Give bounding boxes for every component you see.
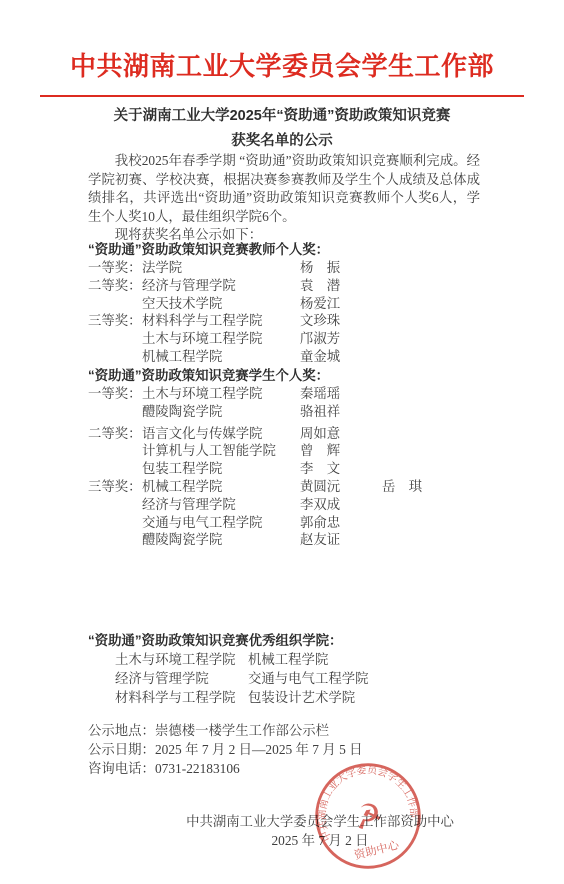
college-name: 经济与管理学院 xyxy=(142,496,300,514)
prize-label xyxy=(88,348,142,366)
college-name: 交通与电气工程学院 xyxy=(142,514,300,532)
award-row: 空天技术学院 杨爱江 xyxy=(0,295,564,313)
college-name: 机械工程学院 xyxy=(248,650,328,669)
award-row: 一等奖： 土木与环境工程学院 秦瑶瑶 xyxy=(0,385,564,403)
intro-paragraph: 我校2025年春季学期 “资助通”资助政策知识竞赛顺利完成。经学院初赛、学校决赛… xyxy=(88,152,480,226)
winner-name-second: 岳 琪 xyxy=(382,478,422,496)
organizing-college-row: 经济与管理学院 交通与电气工程学院 xyxy=(0,669,564,688)
organizing-colleges-heading: “资助通”资助政策知识竞赛优秀组织学院： xyxy=(0,631,564,650)
teacher-awards-section: “资助通”资助政策知识竞赛教师个人奖： 一等奖： 法学院 杨 振 二等奖： 经济… xyxy=(0,240,564,366)
letterhead-org-title: 中共湖南工业大学委员会学生工作部 xyxy=(0,46,564,83)
college-name: 醴陵陶瓷学院 xyxy=(142,403,300,421)
award-row: 包装工程学院 李 文 xyxy=(0,460,564,478)
college-name: 土木与环境工程学院 xyxy=(142,330,300,348)
prize-label xyxy=(88,531,142,549)
signature-org: 中共湖南工业大学委员会学生工作部资助中心 xyxy=(170,812,470,831)
award-row: 计算机与人工智能学院 曾 辉 xyxy=(0,442,564,460)
award-row: 经济与管理学院 李双成 xyxy=(0,496,564,514)
winner-name: 骆祖祥 xyxy=(300,403,382,421)
signature-block: 中共湖南工业大学委员会学生工作部资助中心 2025 年 7 月 2 日 xyxy=(170,812,470,850)
college-name: 经济与管理学院 xyxy=(142,277,300,295)
winner-name: 秦瑶瑶 xyxy=(300,385,382,403)
prize-label xyxy=(88,514,142,532)
winner-name: 曾 辉 xyxy=(300,442,382,460)
prize-label xyxy=(88,403,142,421)
prize-label xyxy=(88,496,142,514)
prize-label: 一等奖： xyxy=(88,259,142,277)
college-name: 包装工程学院 xyxy=(142,460,300,478)
college-name: 计算机与人工智能学院 xyxy=(142,442,300,460)
prize-label xyxy=(88,330,142,348)
award-row: 一等奖： 法学院 杨 振 xyxy=(0,259,564,277)
college-name: 醴陵陶瓷学院 xyxy=(142,531,300,549)
award-row: 二等奖： 语言文化与传媒学院 周如意 xyxy=(0,425,564,443)
prize-label: 二等奖： xyxy=(88,425,142,443)
public-notice-document: 中共湖南工业大学委员会学生工作部 关于湖南工业大学2025年“资助通”资助政策知… xyxy=(0,0,564,884)
winner-name: 周如意 xyxy=(300,425,382,443)
college-name: 交通与电气工程学院 xyxy=(248,669,369,688)
winner-name: 李双成 xyxy=(300,496,382,514)
college-name: 语言文化与传媒学院 xyxy=(142,425,300,443)
winner-name: 邝淑芳 xyxy=(300,330,382,348)
winner-name: 李 文 xyxy=(300,460,382,478)
college-name: 法学院 xyxy=(142,259,300,277)
college-name: 包装设计艺术学院 xyxy=(248,688,355,707)
organizing-college-row: 材料科学与工程学院 包装设计艺术学院 xyxy=(0,688,564,707)
document-title: 关于湖南工业大学2025年“资助通”资助政策知识竞赛 获奖名单的公示 xyxy=(30,104,534,154)
college-name: 材料科学与工程学院 xyxy=(142,312,300,330)
prize-label: 三等奖： xyxy=(88,312,142,330)
award-row: 交通与电气工程学院 郭俞忠 xyxy=(0,514,564,532)
college-name: 空天技术学院 xyxy=(142,295,300,313)
prize-label xyxy=(88,295,142,313)
college-name: 材料科学与工程学院 xyxy=(115,688,248,707)
signature-date: 2025 年 7 月 2 日 xyxy=(170,831,470,850)
prize-label: 三等奖： xyxy=(88,478,142,496)
document-title-line2: 获奖名单的公示 xyxy=(30,129,534,154)
student-awards-section: “资助通”资助政策知识竞赛学生个人奖： 一等奖： 土木与环境工程学院 秦瑶瑶 醴… xyxy=(0,366,564,549)
college-name: 土木与环境工程学院 xyxy=(142,385,300,403)
winner-name: 杨 振 xyxy=(300,259,382,277)
winner-name: 文珍珠 xyxy=(300,312,382,330)
award-row: 醴陵陶瓷学院 骆祖祥 xyxy=(0,403,564,421)
student-awards-heading: “资助通”资助政策知识竞赛学生个人奖： xyxy=(0,366,564,385)
college-name: 机械工程学院 xyxy=(142,478,300,496)
winner-name: 赵友证 xyxy=(300,531,382,549)
notice-phone: 咨询电话：0731-22183106 xyxy=(88,759,363,778)
prize-label xyxy=(88,460,142,478)
prize-label: 一等奖： xyxy=(88,385,142,403)
winner-name: 黄圆沅 xyxy=(300,478,382,496)
award-row: 机械工程学院 童金城 xyxy=(0,348,564,366)
award-row: 二等奖： 经济与管理学院 袁 潜 xyxy=(0,277,564,295)
winner-name: 袁 潜 xyxy=(300,277,382,295)
award-row: 醴陵陶瓷学院 赵友证 xyxy=(0,531,564,549)
notice-details: 公示地点：崇德楼一楼学生工作部公示栏 公示日期：2025 年 7 月 2 日—2… xyxy=(88,721,363,778)
letterhead-divider xyxy=(40,95,524,97)
award-row: 三等奖： 机械工程学院 黄圆沅 岳 琪 xyxy=(0,478,564,496)
prize-label: 二等奖： xyxy=(88,277,142,295)
award-row: 三等奖： 材料科学与工程学院 文珍珠 xyxy=(0,312,564,330)
winner-name: 童金城 xyxy=(300,348,382,366)
award-row: 土木与环境工程学院 邝淑芳 xyxy=(0,330,564,348)
notice-location: 公示地点：崇德楼一楼学生工作部公示栏 xyxy=(88,721,363,740)
prize-label xyxy=(88,442,142,460)
document-title-line1: 关于湖南工业大学2025年“资助通”资助政策知识竞赛 xyxy=(30,104,534,129)
college-name: 经济与管理学院 xyxy=(115,669,248,688)
college-name: 机械工程学院 xyxy=(142,348,300,366)
winner-name: 郭俞忠 xyxy=(300,514,382,532)
teacher-awards-heading: “资助通”资助政策知识竞赛教师个人奖： xyxy=(0,240,564,259)
winner-name: 杨爱江 xyxy=(300,295,382,313)
notice-dates: 公示日期：2025 年 7 月 2 日—2025 年 7 月 5 日 xyxy=(88,740,363,759)
intro-paragraphs: 我校2025年春季学期 “资助通”资助政策知识竞赛顺利完成。经学院初赛、学校决赛… xyxy=(88,152,480,245)
organizing-college-row: 土木与环境工程学院 机械工程学院 xyxy=(0,650,564,669)
organizing-colleges-section: “资助通”资助政策知识竞赛优秀组织学院： 土木与环境工程学院 机械工程学院 经济… xyxy=(0,631,564,707)
college-name: 土木与环境工程学院 xyxy=(115,650,248,669)
